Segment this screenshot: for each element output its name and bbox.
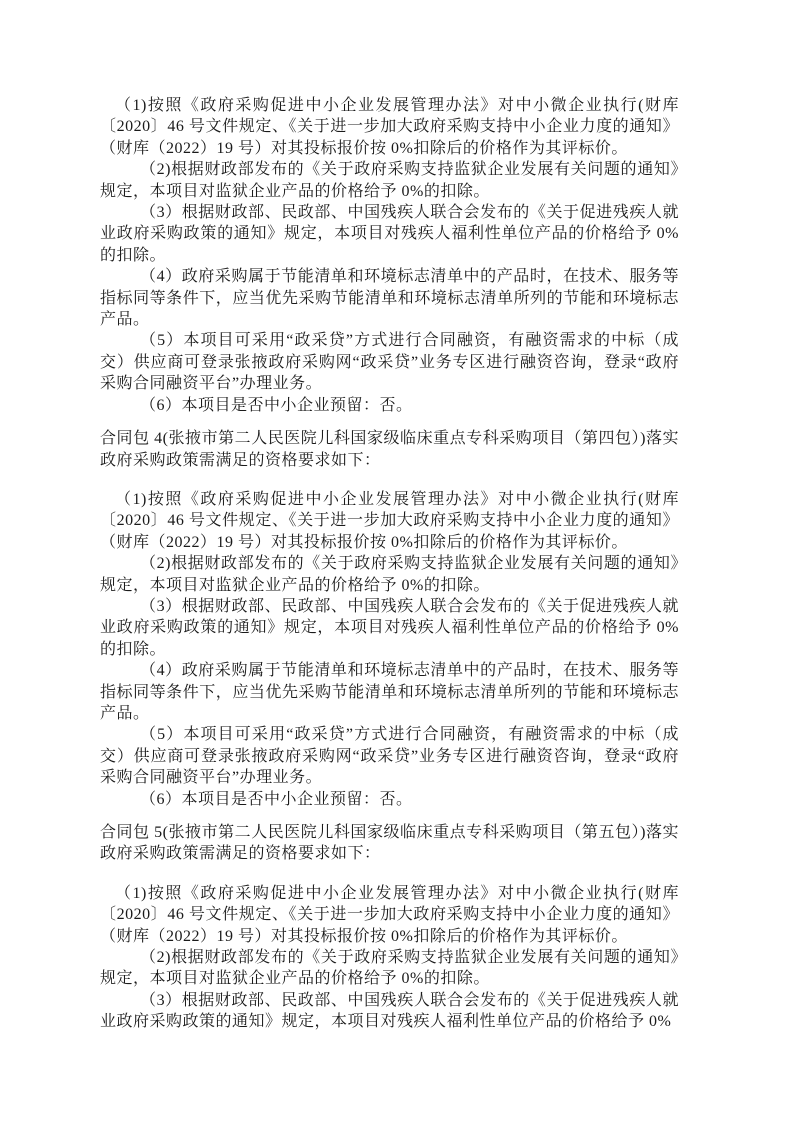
policy-item-4: （4）政府采购属于节能清单和环境标志清单中的产品时，在技术、服务等指标同等条件下…: [100, 266, 679, 330]
package-5-policy-item-3-truncated: （3）根据财政部、民政部、中国残疾人联合会发布的《关于促进残疾人就业政府采购政策…: [100, 990, 679, 1033]
package-5-heading: 合同包 5(张掖市第二人民医院儿科国家级临床重点专科采购项目（第五包）)落实政府…: [100, 822, 679, 865]
policy-item-6: （6）本项目是否中小企业预留：否。: [100, 395, 679, 416]
package-5-policy-item-2: （2)根据财政部发布的《关于政府采购支持监狱企业发展有关问题的通知》规定，本项目…: [100, 947, 679, 990]
package-4-policy-item-1: （1)按照《政府采购促进中小企业发展管理办法》对中小微企业执行(财库〔2020〕…: [100, 489, 679, 553]
package-4-policy-item-3: （3）根据财政部、民政部、中国残疾人联合会发布的《关于促进残疾人就业政府采购政策…: [100, 596, 679, 660]
package-4-policy-item-2: （2)根据财政部发布的《关于政府采购支持监狱企业发展有关问题的通知》规定，本项目…: [100, 553, 679, 596]
package-4-heading: 合同包 4(张掖市第二人民医院儿科国家级临床重点专科采购项目（第四包）)落实政府…: [100, 428, 679, 471]
package-4-policy-item-6: （6）本项目是否中小企业预留：否。: [100, 789, 679, 810]
policy-item-1: （1)按照《政府采购促进中小企业发展管理办法》对中小微企业执行(财库〔2020〕…: [100, 95, 679, 159]
package-4-policy-item-4: （4）政府采购属于节能清单和环境标志清单中的产品时，在技术、服务等指标同等条件下…: [100, 660, 679, 724]
policy-item-3: （3）根据财政部、民政部、中国残疾人联合会发布的《关于促进残疾人就业政府采购政策…: [100, 202, 679, 266]
policy-item-5: （5）本项目可采用“政采贷”方式进行合同融资，有融资需求的中标（成交）供应商可登…: [100, 330, 679, 394]
policy-item-2: （2)根据财政部发布的《关于政府采购支持监狱企业发展有关问题的通知》规定，本项目…: [100, 159, 679, 202]
document-content: （1)按照《政府采购促进中小企业发展管理办法》对中小微企业执行(财库〔2020〕…: [100, 95, 679, 1033]
document-page: （1)按照《政府采购促进中小企业发展管理办法》对中小微企业执行(财库〔2020〕…: [0, 0, 793, 1122]
package-4-policy-item-5: （5）本项目可采用“政采贷”方式进行合同融资，有融资需求的中标（成交）供应商可登…: [100, 724, 679, 788]
package-5-policy-item-1: （1)按照《政府采购促进中小企业发展管理办法》对中小微企业执行(财库〔2020〕…: [100, 883, 679, 947]
